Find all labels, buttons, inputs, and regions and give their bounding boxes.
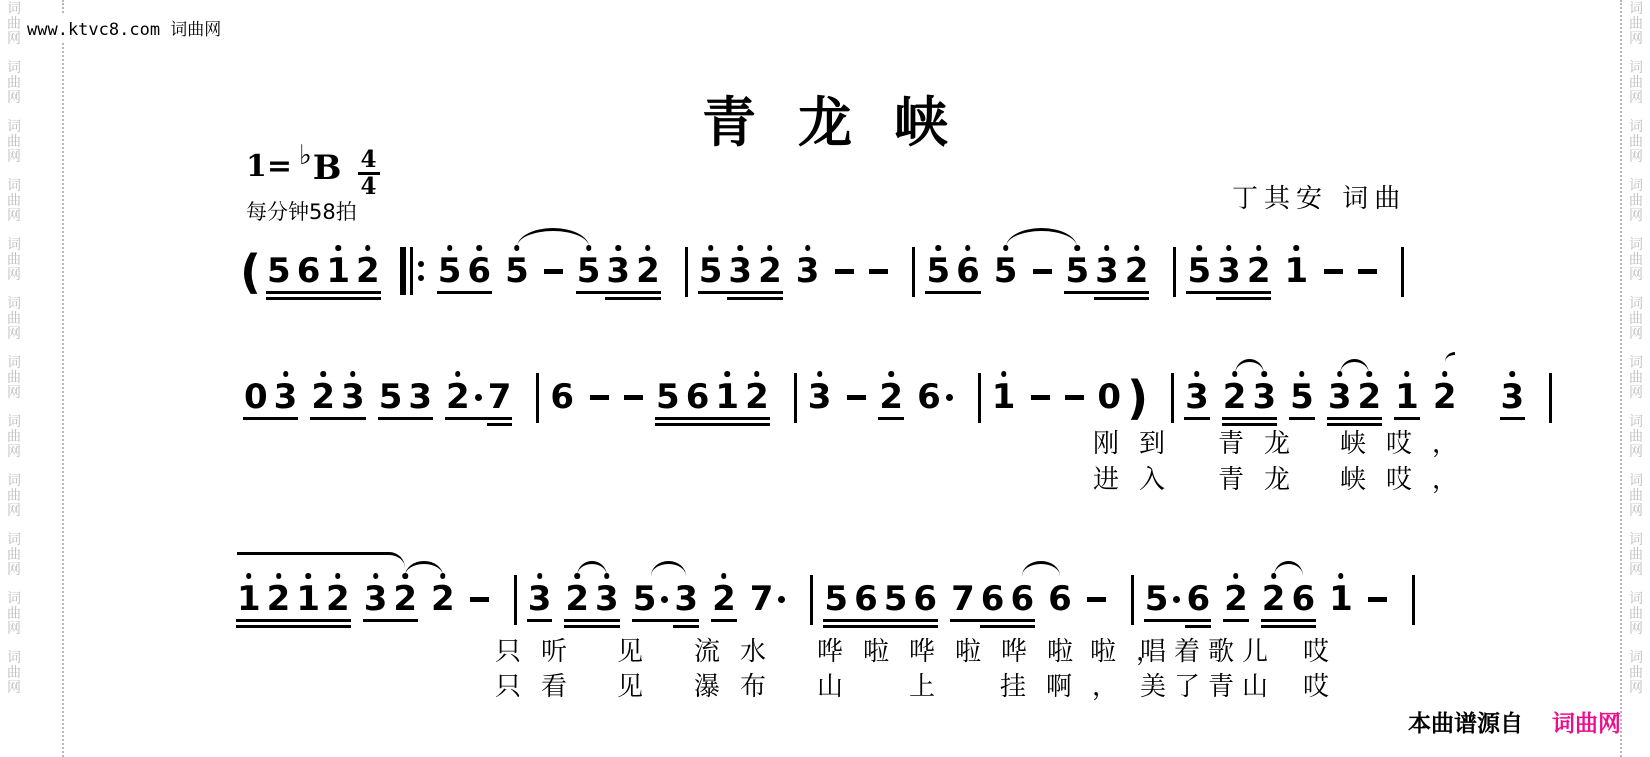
octave-dot bbox=[888, 371, 894, 377]
watermark-char: 词 bbox=[1629, 297, 1643, 312]
beam-underline bbox=[673, 625, 699, 628]
watermark-char: 网 bbox=[7, 209, 21, 224]
note: 5 bbox=[1065, 252, 1089, 290]
note: 5 bbox=[379, 378, 403, 416]
lyrics-row: 刚到青龙峡哎， bbox=[0, 423, 1650, 455]
watermark-char: 曲 bbox=[7, 607, 21, 622]
note: 5 bbox=[884, 580, 908, 618]
watermark-char: 网 bbox=[1629, 268, 1643, 283]
note: 5 bbox=[699, 252, 723, 290]
note: 2 bbox=[636, 252, 660, 290]
beam-underline bbox=[266, 291, 299, 294]
note: 2 bbox=[267, 580, 291, 618]
beam-underline bbox=[950, 619, 983, 622]
note: 2 bbox=[431, 580, 455, 618]
note: 3 bbox=[1501, 378, 1525, 416]
augmentation-dot bbox=[661, 596, 668, 603]
dash-note bbox=[867, 252, 889, 290]
lyrics-row: 只看见瀑布山上挂啊，美了青山哎 bbox=[0, 666, 1650, 698]
beam-underline bbox=[883, 619, 916, 622]
footer-site-name[interactable]: 词曲网 bbox=[1552, 705, 1621, 738]
beam-underline bbox=[1009, 619, 1035, 622]
watermark-char: 曲 bbox=[7, 548, 21, 563]
beam-underline bbox=[363, 619, 396, 622]
note: 3 bbox=[595, 580, 619, 618]
beam-underline bbox=[392, 619, 418, 622]
barline bbox=[1412, 575, 1415, 625]
time-signature: 4 4 bbox=[358, 148, 380, 198]
note: 6 bbox=[467, 252, 491, 290]
note: 6 bbox=[981, 580, 1005, 618]
note: 5 bbox=[438, 252, 462, 290]
watermark-char: 网 bbox=[1629, 386, 1643, 401]
octave-dot bbox=[373, 573, 379, 579]
note: 3 bbox=[796, 252, 820, 290]
beam-underline bbox=[744, 417, 770, 420]
note: 2 bbox=[1357, 378, 1381, 416]
beam-underline bbox=[1289, 417, 1315, 420]
watermark-char: 曲 bbox=[1629, 312, 1643, 327]
slur bbox=[651, 561, 686, 576]
slur bbox=[1006, 228, 1077, 247]
note: 3 bbox=[1217, 252, 1241, 290]
barline bbox=[514, 575, 517, 625]
octave-dot bbox=[754, 371, 760, 377]
octave-dot bbox=[615, 245, 621, 251]
lyrics-row: 只听见流水哗啦哗啦哗啦啦，唱着歌儿哎 bbox=[0, 631, 1650, 663]
beam-underline bbox=[1144, 619, 1189, 622]
barline bbox=[536, 373, 539, 423]
watermark-char: 网 bbox=[7, 327, 21, 342]
watermark-char: 网 bbox=[7, 386, 21, 401]
lyric-segment: 美了青山 bbox=[1140, 666, 1276, 703]
note: 2 bbox=[1247, 252, 1271, 290]
beam-underline bbox=[757, 297, 783, 300]
dash-note bbox=[1367, 580, 1389, 618]
note: 2 bbox=[311, 378, 335, 416]
octave-dot bbox=[1510, 371, 1516, 377]
note: 2 bbox=[565, 580, 589, 618]
note: 6 bbox=[1291, 580, 1315, 618]
dash-note bbox=[1031, 252, 1053, 290]
watermark-char: 曲 bbox=[1629, 607, 1643, 622]
lyric-segment: 流水 bbox=[694, 631, 786, 668]
beam-underline bbox=[487, 417, 513, 420]
beam-underline bbox=[757, 291, 783, 294]
watermark-char: 曲 bbox=[1629, 17, 1643, 32]
octave-dot bbox=[721, 573, 727, 579]
note: 1 bbox=[1329, 580, 1353, 618]
note: 6 bbox=[1186, 580, 1210, 618]
note: 5 bbox=[633, 580, 669, 618]
slur bbox=[1022, 561, 1060, 576]
octave-dot bbox=[246, 573, 252, 579]
octave-dot bbox=[1134, 245, 1140, 251]
octave-dot bbox=[738, 245, 744, 251]
note: 6 bbox=[917, 378, 953, 416]
beam-underline bbox=[355, 297, 381, 300]
beam-underline bbox=[378, 417, 411, 420]
beam-underline bbox=[980, 619, 1013, 622]
note: 3 bbox=[408, 378, 432, 416]
music-line-1: (561256553253235655325321 bbox=[240, 252, 1415, 290]
watermark-char: 词 bbox=[7, 61, 21, 76]
beam-underline bbox=[632, 619, 677, 622]
slur bbox=[1340, 359, 1369, 374]
beam-underline bbox=[1261, 619, 1294, 622]
dash-note bbox=[469, 580, 491, 618]
lyric-segment: 青龙 bbox=[1218, 459, 1310, 496]
beam-underline bbox=[1124, 297, 1150, 300]
watermark-char: 曲 bbox=[7, 312, 21, 327]
lyric-segment: 哗啦哗啦哗啦 bbox=[817, 631, 1093, 668]
octave-dot bbox=[1226, 245, 1232, 251]
beam-underline bbox=[266, 619, 299, 622]
beam-underline bbox=[925, 291, 958, 294]
watermark-char: 曲 bbox=[7, 371, 21, 386]
beam-underline bbox=[1356, 417, 1382, 420]
lyric-segment: 哎 bbox=[1303, 631, 1349, 668]
note: 3 bbox=[364, 580, 388, 618]
note: 2 bbox=[393, 580, 417, 618]
lyric-segment: 进入 bbox=[1093, 459, 1185, 496]
beam-underline bbox=[823, 619, 856, 622]
sheet-music-page: www.ktvc8.com 词曲网 青龙峡 1= ♭ B 4 4 每分钟58拍 … bbox=[0, 0, 1650, 757]
octave-dot bbox=[965, 245, 971, 251]
parenthesis: ) bbox=[1127, 380, 1148, 416]
watermark-char: 曲 bbox=[7, 489, 21, 504]
watermark-char: 曲 bbox=[1629, 489, 1643, 504]
beam-underline bbox=[823, 625, 856, 628]
beam-underline bbox=[1223, 619, 1249, 622]
lyrics-row: 进入青龙峡哎， bbox=[0, 459, 1650, 491]
beam-underline bbox=[727, 297, 760, 300]
note: 6 bbox=[854, 580, 878, 618]
beam-underline bbox=[325, 291, 358, 294]
beam-underline bbox=[325, 625, 351, 628]
slur bbox=[1445, 352, 1455, 373]
barline bbox=[685, 247, 688, 297]
key-prefix: 1= bbox=[246, 146, 292, 188]
beam-underline bbox=[296, 297, 329, 300]
barline bbox=[794, 373, 797, 423]
dash-note bbox=[1063, 378, 1085, 416]
watermark-char: 词 bbox=[1629, 2, 1643, 17]
octave-dot bbox=[365, 245, 371, 251]
rest-note: 0 bbox=[1097, 378, 1121, 416]
augmentation-dot bbox=[946, 394, 953, 401]
note: 5 bbox=[824, 580, 848, 618]
barline bbox=[1401, 247, 1404, 297]
beam-underline bbox=[295, 625, 328, 628]
watermark-char: 网 bbox=[7, 504, 21, 519]
beam-underline bbox=[698, 291, 731, 294]
beam-underline bbox=[310, 417, 343, 420]
meter-denominator: 4 bbox=[361, 175, 377, 198]
note: 3 bbox=[528, 580, 552, 618]
beam-underline bbox=[1290, 625, 1316, 628]
note: 5 bbox=[656, 378, 680, 416]
note: 3 bbox=[341, 378, 365, 416]
barline bbox=[912, 247, 915, 297]
octave-dot bbox=[1294, 245, 1300, 251]
note: 3 bbox=[1328, 378, 1352, 416]
note: 6 bbox=[1048, 580, 1072, 618]
music-line-3: 1212322323532756567666562261 bbox=[237, 580, 1426, 618]
meter-numerator: 4 bbox=[358, 148, 380, 175]
beam-underline bbox=[266, 297, 299, 300]
beam-underline bbox=[605, 297, 638, 300]
lyric-segment: 峡哎， bbox=[1340, 423, 1478, 460]
beam-underline bbox=[1009, 625, 1035, 628]
note: 2 bbox=[1433, 378, 1457, 416]
beam-underline bbox=[912, 619, 938, 622]
beam-underline bbox=[407, 417, 433, 420]
key-signature: 1= ♭ B 4 4 bbox=[246, 146, 380, 196]
watermark-char: 词 bbox=[1629, 179, 1643, 194]
beam-underline bbox=[243, 417, 276, 420]
note: 6 bbox=[913, 580, 937, 618]
lyric-segment: 挂啊， bbox=[1000, 666, 1138, 703]
augmentation-dot bbox=[1173, 596, 1180, 603]
octave-dot bbox=[805, 245, 811, 251]
note: 5 bbox=[994, 252, 1018, 290]
note: 5 bbox=[1145, 580, 1181, 618]
beam-underline bbox=[594, 625, 620, 628]
watermark-char: 曲 bbox=[1629, 194, 1643, 209]
note: 5 bbox=[1290, 378, 1314, 416]
octave-dot bbox=[350, 371, 356, 377]
lyric-segment: 哎 bbox=[1303, 666, 1349, 703]
beam-underline bbox=[273, 417, 299, 420]
slur bbox=[1274, 561, 1303, 576]
watermark-char: 词 bbox=[1629, 61, 1643, 76]
watermark-char: 网 bbox=[7, 563, 21, 578]
beam-underline bbox=[883, 625, 916, 628]
octave-dot bbox=[283, 371, 289, 377]
watermark-char: 曲 bbox=[7, 194, 21, 209]
note: 1 bbox=[1284, 252, 1308, 290]
beam-underline bbox=[1216, 297, 1249, 300]
watermark-char: 词 bbox=[1629, 533, 1643, 548]
beam-underline bbox=[1251, 417, 1277, 420]
beam-underline bbox=[564, 619, 597, 622]
watermark-char: 词 bbox=[1629, 356, 1643, 371]
beam-underline bbox=[1064, 291, 1097, 294]
octave-dot bbox=[476, 245, 482, 251]
watermark-char: 网 bbox=[1629, 32, 1643, 47]
note: 6 bbox=[956, 252, 980, 290]
barline bbox=[1131, 575, 1134, 625]
slur bbox=[517, 228, 589, 247]
beam-underline bbox=[605, 291, 638, 294]
watermark-char: 词 bbox=[1629, 592, 1643, 607]
watermark-char: 词 bbox=[1629, 238, 1643, 253]
note: 2 bbox=[1262, 580, 1286, 618]
dash-note bbox=[845, 378, 867, 416]
note: 2 bbox=[758, 252, 782, 290]
site-watermark-link[interactable]: www.ktvc8.com 词曲网 bbox=[27, 13, 229, 42]
lyric-segment: 瀑布 bbox=[694, 666, 786, 703]
watermark-char: 曲 bbox=[7, 17, 21, 32]
beam-underline bbox=[236, 619, 269, 622]
tempo-marking: 每分钟58拍 bbox=[246, 196, 357, 226]
beam-underline bbox=[727, 291, 760, 294]
beam-underline bbox=[1185, 619, 1211, 622]
watermark-char: 词 bbox=[7, 533, 21, 548]
beam-underline bbox=[1094, 297, 1127, 300]
octave-dot bbox=[1299, 371, 1305, 377]
beam-underline bbox=[655, 417, 688, 420]
note: 6 bbox=[550, 378, 574, 416]
footer-source-label: 本曲谱源自 bbox=[1408, 705, 1523, 738]
beam-underline bbox=[878, 417, 904, 420]
watermark-char: 词 bbox=[7, 297, 21, 312]
note: 5 bbox=[577, 252, 601, 290]
octave-dot bbox=[645, 245, 651, 251]
octave-dot bbox=[1104, 245, 1110, 251]
beam-underline bbox=[325, 297, 358, 300]
dash-note bbox=[622, 378, 644, 416]
note: 3 bbox=[274, 378, 298, 416]
beam-underline bbox=[296, 291, 329, 294]
note: 1 bbox=[237, 580, 261, 618]
lyric-segment: 只看 bbox=[495, 666, 587, 703]
octave-dot bbox=[1338, 573, 1344, 579]
beam-underline bbox=[1290, 619, 1316, 622]
note: 1 bbox=[296, 580, 320, 618]
watermark-char: 曲 bbox=[7, 253, 21, 268]
beam-underline bbox=[1261, 625, 1294, 628]
dash-note bbox=[833, 252, 855, 290]
barline bbox=[810, 575, 813, 625]
watermark-char: 曲 bbox=[1629, 253, 1643, 268]
octave-dot bbox=[447, 245, 453, 251]
dash-note bbox=[588, 378, 610, 416]
octave-dot bbox=[1233, 573, 1239, 579]
dash-note bbox=[543, 252, 565, 290]
note: 7 bbox=[951, 580, 975, 618]
beam-underline bbox=[1327, 417, 1360, 420]
watermark-char: 网 bbox=[1629, 209, 1643, 224]
octave-dot bbox=[767, 245, 773, 251]
watermark-char: 网 bbox=[1629, 327, 1643, 342]
beam-underline bbox=[325, 619, 351, 622]
note: 5 bbox=[926, 252, 950, 290]
key-letter: B bbox=[313, 146, 342, 190]
note: 3 bbox=[1252, 378, 1276, 416]
beam-underline bbox=[527, 619, 553, 622]
note: 5 bbox=[267, 252, 291, 290]
beam-underline bbox=[912, 625, 938, 628]
watermark-char: 网 bbox=[1629, 504, 1643, 519]
dash-note bbox=[1322, 252, 1344, 290]
beam-underline bbox=[1500, 417, 1526, 420]
barline bbox=[978, 373, 981, 423]
lyric-segment: 只听 bbox=[495, 631, 587, 668]
barline bbox=[1549, 373, 1552, 423]
octave-dot bbox=[1001, 371, 1007, 377]
note: 2 bbox=[712, 580, 736, 618]
note: 2 bbox=[326, 580, 350, 618]
augmentation-dot bbox=[778, 596, 785, 603]
lyric-segment: 唱着歌儿 bbox=[1140, 631, 1276, 668]
octave-dot bbox=[455, 371, 461, 377]
beam-underline bbox=[1246, 291, 1272, 294]
lyric-segment: 见 bbox=[617, 666, 663, 703]
beam-underline bbox=[955, 291, 981, 294]
music-line-2: 032353276561232610)323532123 bbox=[244, 378, 1563, 416]
beam-underline bbox=[340, 417, 366, 420]
beam-underline bbox=[980, 625, 1013, 628]
note: 6 bbox=[686, 378, 710, 416]
beam-underline bbox=[1186, 291, 1219, 294]
beam-underline bbox=[673, 619, 699, 622]
beam-underline bbox=[853, 625, 886, 628]
beam-underline bbox=[445, 417, 490, 420]
octave-dot bbox=[305, 573, 311, 579]
note: 2 bbox=[879, 378, 903, 416]
note: 5 bbox=[1187, 252, 1211, 290]
beam-underline bbox=[266, 625, 299, 628]
note: 7 bbox=[488, 378, 512, 416]
slur bbox=[237, 552, 405, 573]
watermark-char: 曲 bbox=[1629, 371, 1643, 386]
note: 1 bbox=[715, 378, 739, 416]
beam-underline bbox=[853, 619, 886, 622]
octave-dot bbox=[320, 371, 326, 377]
beam-underline bbox=[1124, 291, 1150, 294]
flat-sign-icon: ♭ bbox=[299, 142, 312, 169]
augmentation-dot bbox=[475, 394, 482, 401]
note: 2 bbox=[1223, 378, 1247, 416]
note: 6 bbox=[297, 252, 321, 290]
beam-underline bbox=[236, 625, 269, 628]
note: 3 bbox=[1185, 378, 1209, 416]
repeat-start-sign bbox=[400, 247, 424, 295]
beam-underline bbox=[635, 297, 661, 300]
octave-dot bbox=[724, 371, 730, 377]
rest-note: 0 bbox=[244, 378, 268, 416]
beam-underline bbox=[355, 291, 381, 294]
lyric-segment: 上 bbox=[909, 666, 955, 703]
slur bbox=[405, 561, 443, 576]
note: 5 bbox=[505, 252, 529, 290]
octave-dot bbox=[537, 573, 543, 579]
dash-note bbox=[1356, 252, 1378, 290]
watermark-char: 词 bbox=[7, 238, 21, 253]
beam-underline bbox=[685, 417, 718, 420]
beam-underline bbox=[711, 619, 737, 622]
watermark-char: 词 bbox=[7, 2, 21, 17]
beam-underline bbox=[1246, 297, 1272, 300]
beam-underline bbox=[466, 291, 492, 294]
note: 1 bbox=[992, 378, 1016, 416]
note: 7 bbox=[750, 580, 786, 618]
beam-underline bbox=[1094, 291, 1127, 294]
watermark-char: 词 bbox=[7, 179, 21, 194]
beam-underline bbox=[1185, 625, 1211, 628]
octave-dot bbox=[276, 573, 282, 579]
octave-dot bbox=[1197, 245, 1203, 251]
beam-underline bbox=[1394, 417, 1420, 420]
note: 2 bbox=[1125, 252, 1149, 290]
octave-dot bbox=[335, 573, 341, 579]
watermark-char: 网 bbox=[7, 32, 21, 47]
lyric-segment: 峡哎， bbox=[1340, 459, 1478, 496]
beam-underline bbox=[295, 619, 328, 622]
octave-dot bbox=[335, 245, 341, 251]
